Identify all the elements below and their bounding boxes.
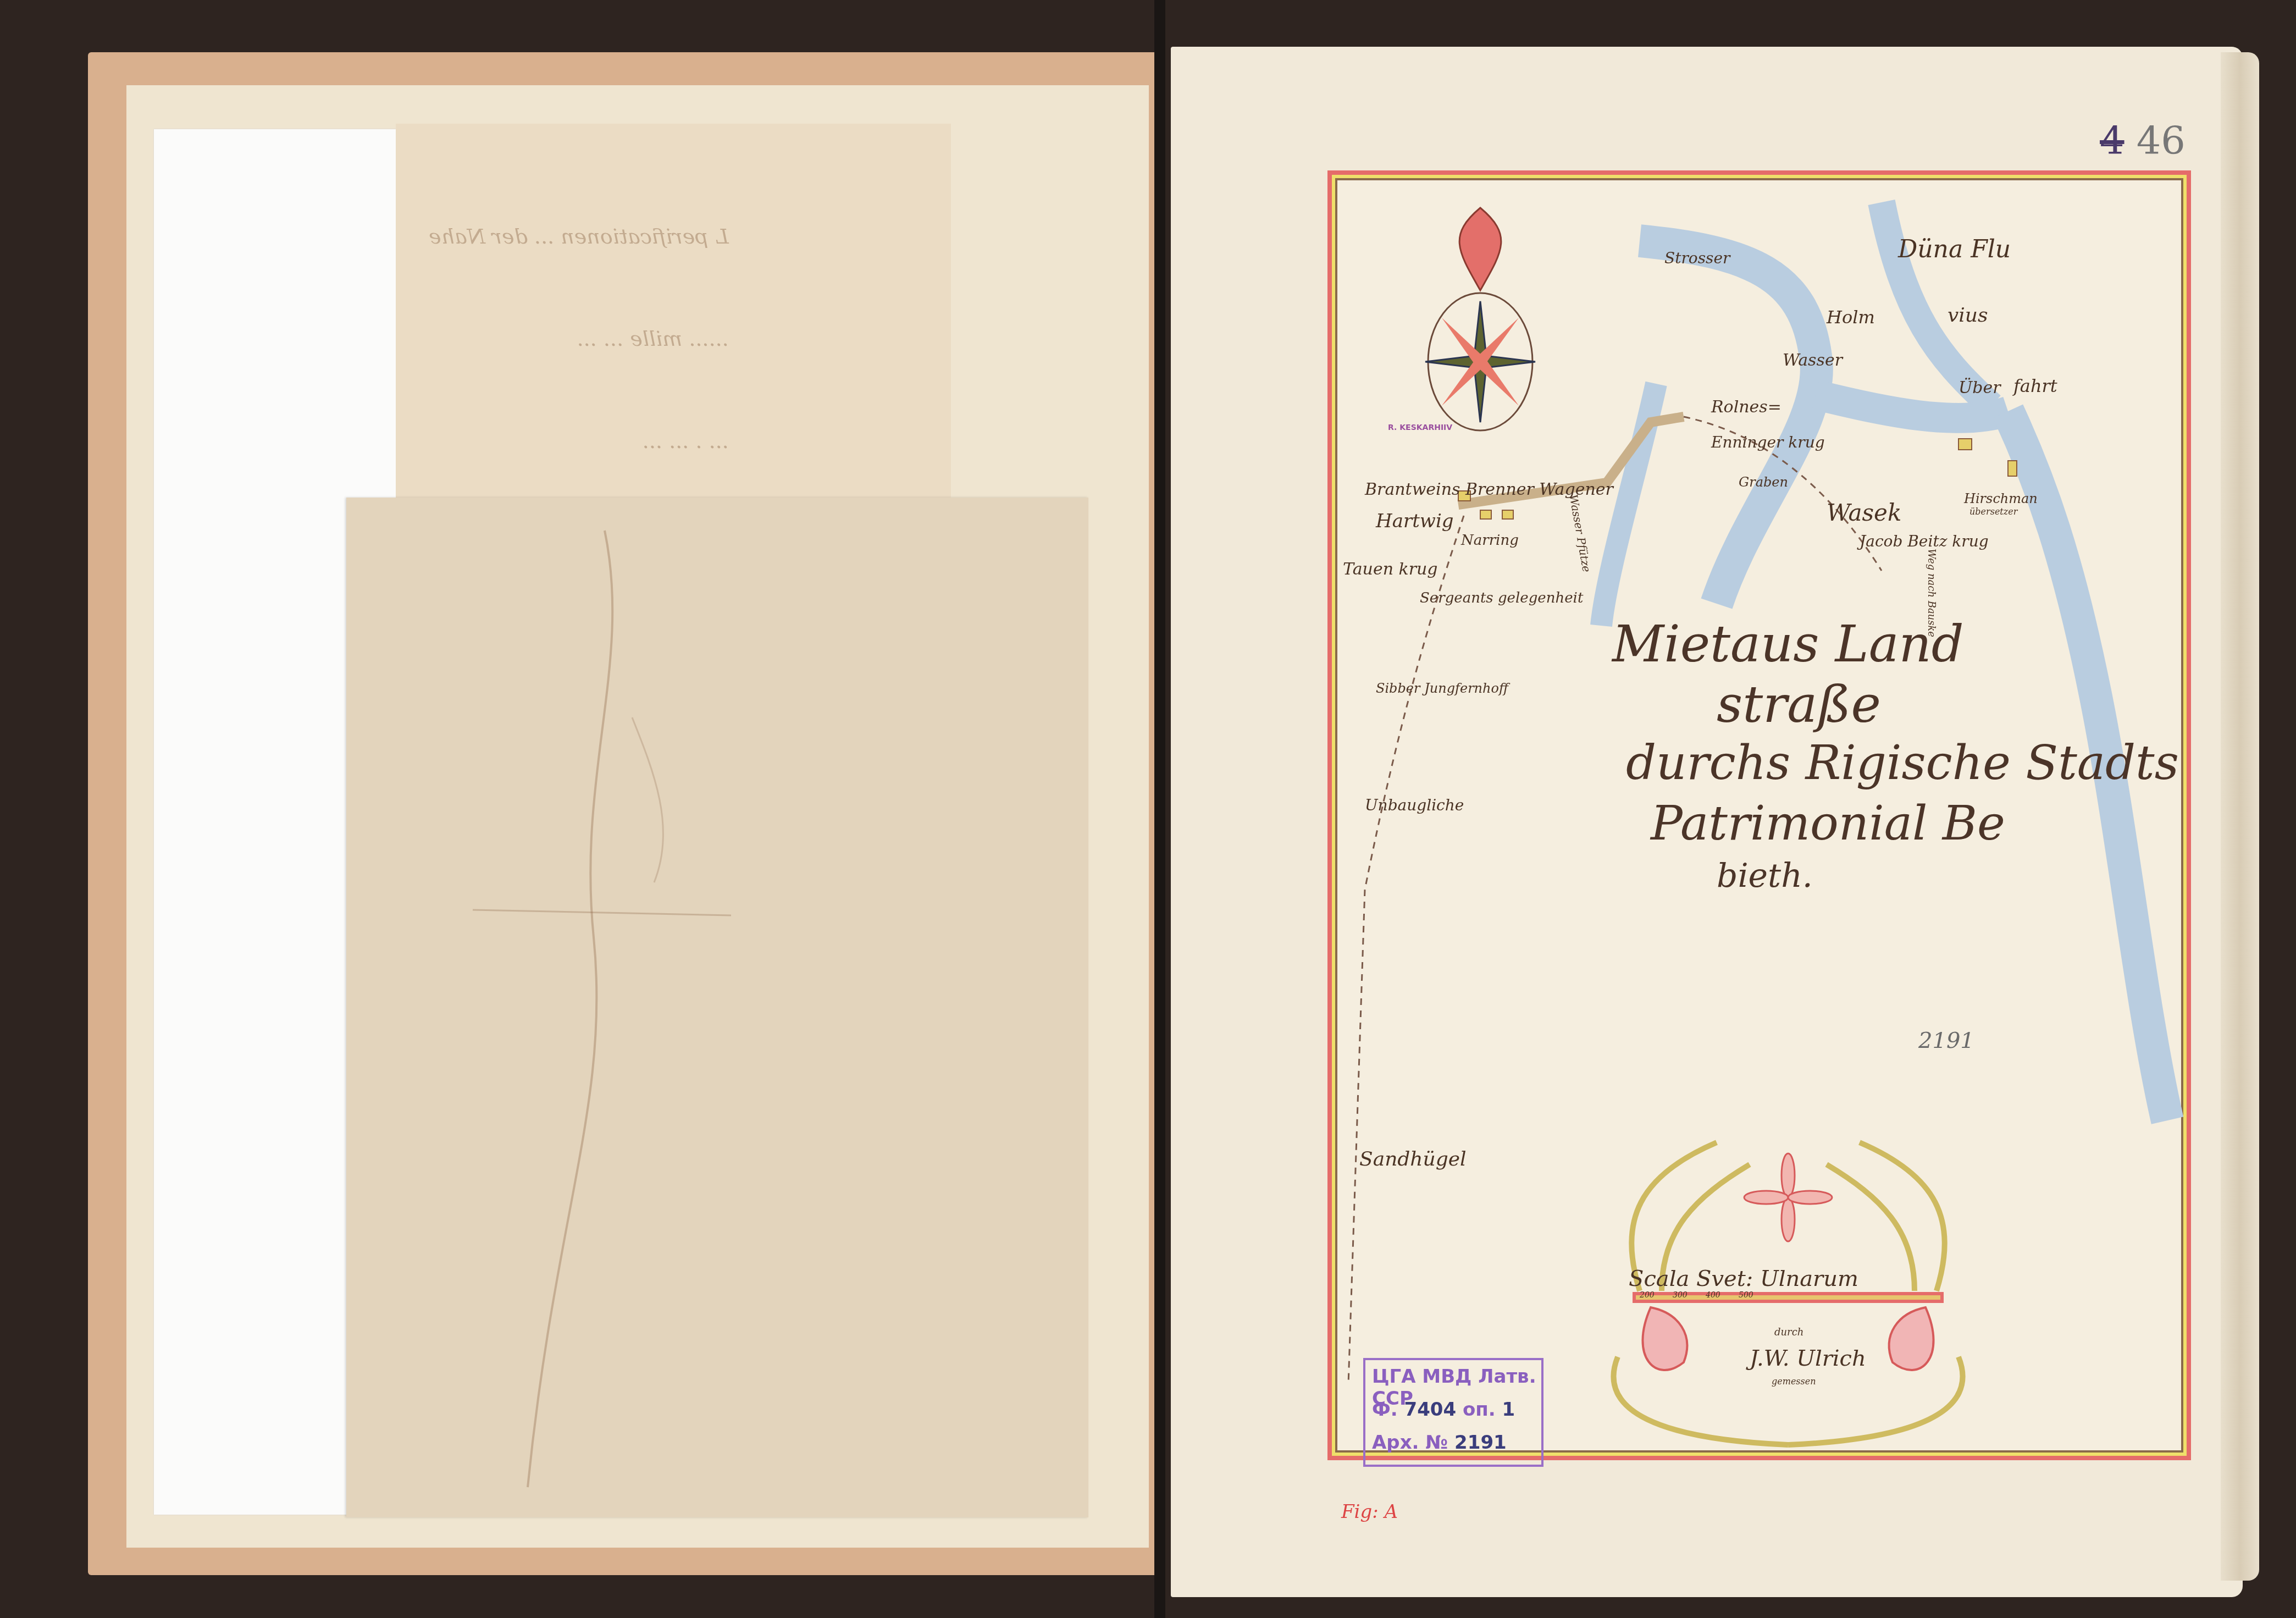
stamp-fond-value: 7404 [1404, 1399, 1456, 1421]
archive-stamp: ЦГА МВД Латв. ССР Ф. 7404 оп. 1 Арх. № 2… [1363, 1358, 1543, 1467]
scale-tick: 300 [1673, 1291, 1688, 1300]
label-jacob-beitz-krug: Jacob Beitz krug [1860, 532, 1989, 550]
label-hirschman-sub: übersetzer [1969, 506, 2017, 517]
label-hirschman: Hirschman [1964, 491, 2038, 506]
upper-mirrored-document-slip: L perificationen ... der Nahe ...... mil… [396, 124, 951, 509]
label-wasser: Wasser [1783, 351, 1843, 370]
label-ueber: Über [1958, 378, 2001, 397]
title-line-4: Patrimonial Be [1651, 796, 2005, 851]
lower-sketch-map-slip [346, 498, 1088, 1517]
pencil-catalog-number: 2191 [1918, 1028, 1974, 1053]
label-sergeants-gelegenheit: Sergeants gelegenheit [1420, 590, 1583, 606]
compass-rose-icon [1425, 208, 1535, 430]
author-prefix: durch [1774, 1327, 1803, 1338]
stamp-opis-label: оп. [1463, 1399, 1496, 1421]
map-frame: Düna Flu vius Strosser Holm Wasser Über … [1327, 170, 2191, 1460]
title-line-2: straße [1717, 675, 1881, 734]
label-rolnes: Rolnes= [1711, 397, 1782, 417]
label-narring: Narring [1461, 532, 1519, 549]
label-wasek: Wasek [1827, 499, 1901, 526]
scale-tick: 400 [1706, 1291, 1720, 1300]
label-hartwig: Hartwig [1376, 510, 1454, 532]
label-enninger-krug: Enninger krug [1711, 433, 1825, 451]
stamp-arkh-row: Арх. № 2191 [1372, 1432, 1507, 1454]
ghost-line: L perificationen ... der Nahe [429, 219, 729, 253]
faint-route-sketch [346, 498, 1088, 1517]
stamp-fond-label: Ф. [1372, 1399, 1398, 1421]
label-holm: Holm [1827, 307, 1875, 328]
scale-tick: 500 [1739, 1291, 1753, 1300]
archive-stamp-small: R. KESKARHIIV [1388, 423, 1452, 432]
label-duna-river-2: vius [1948, 304, 1988, 327]
author-suffix: gemessen [1772, 1376, 1816, 1387]
stamp-fond-row: Ф. 7404 оп. 1 [1372, 1399, 1515, 1421]
label-graben: Graben [1739, 474, 1788, 490]
scale-tick: 200 [1640, 1291, 1655, 1300]
title-line-3: durchs Rigische Stadts [1626, 736, 2179, 791]
stamp-arkh-label: Арх. № [1372, 1432, 1448, 1454]
label-duna-river: Düna Flu [1898, 235, 2011, 263]
page-stack-edge [2221, 52, 2259, 1581]
folio-number: 4 46 [2100, 118, 2186, 163]
tulip-ornament-right-icon [1889, 1307, 1934, 1370]
ghost-line: ... . ... ... [429, 424, 729, 458]
label-tauen-krug: Tauen krug [1343, 560, 1438, 579]
scale-title: Scala Svet: Ulnarum [1629, 1266, 1858, 1291]
title-line-1: Mietaus Land [1612, 615, 1964, 673]
label-sibber-jungfernhoff: Sibber Jungfernhoff [1376, 681, 1508, 696]
label-strosser: Strosser [1664, 249, 1730, 267]
struck-folio: 4 [2100, 118, 2125, 163]
title-line-5: bieth. [1717, 857, 1813, 895]
label-unbaugliche: Unbaugliche [1365, 796, 1464, 814]
label-fahrt: fahrt [2013, 375, 2057, 396]
tulip-ornament-left-icon [1642, 1307, 1687, 1370]
stamp-arkh-value: 2191 [1454, 1432, 1507, 1454]
flower-ornament-icon [1744, 1153, 1832, 1241]
label-sandhuegel: Sandhügel [1359, 1148, 1467, 1170]
current-folio: 46 [2137, 118, 2186, 163]
stamp-opis-value: 1 [1502, 1399, 1515, 1421]
ghost-line: ...... mille ... ... [429, 322, 729, 356]
figure-note: Fig: A [1341, 1501, 1398, 1523]
book-spine [1154, 0, 1165, 1618]
author-name: J.W. Ulrich [1750, 1346, 1866, 1371]
